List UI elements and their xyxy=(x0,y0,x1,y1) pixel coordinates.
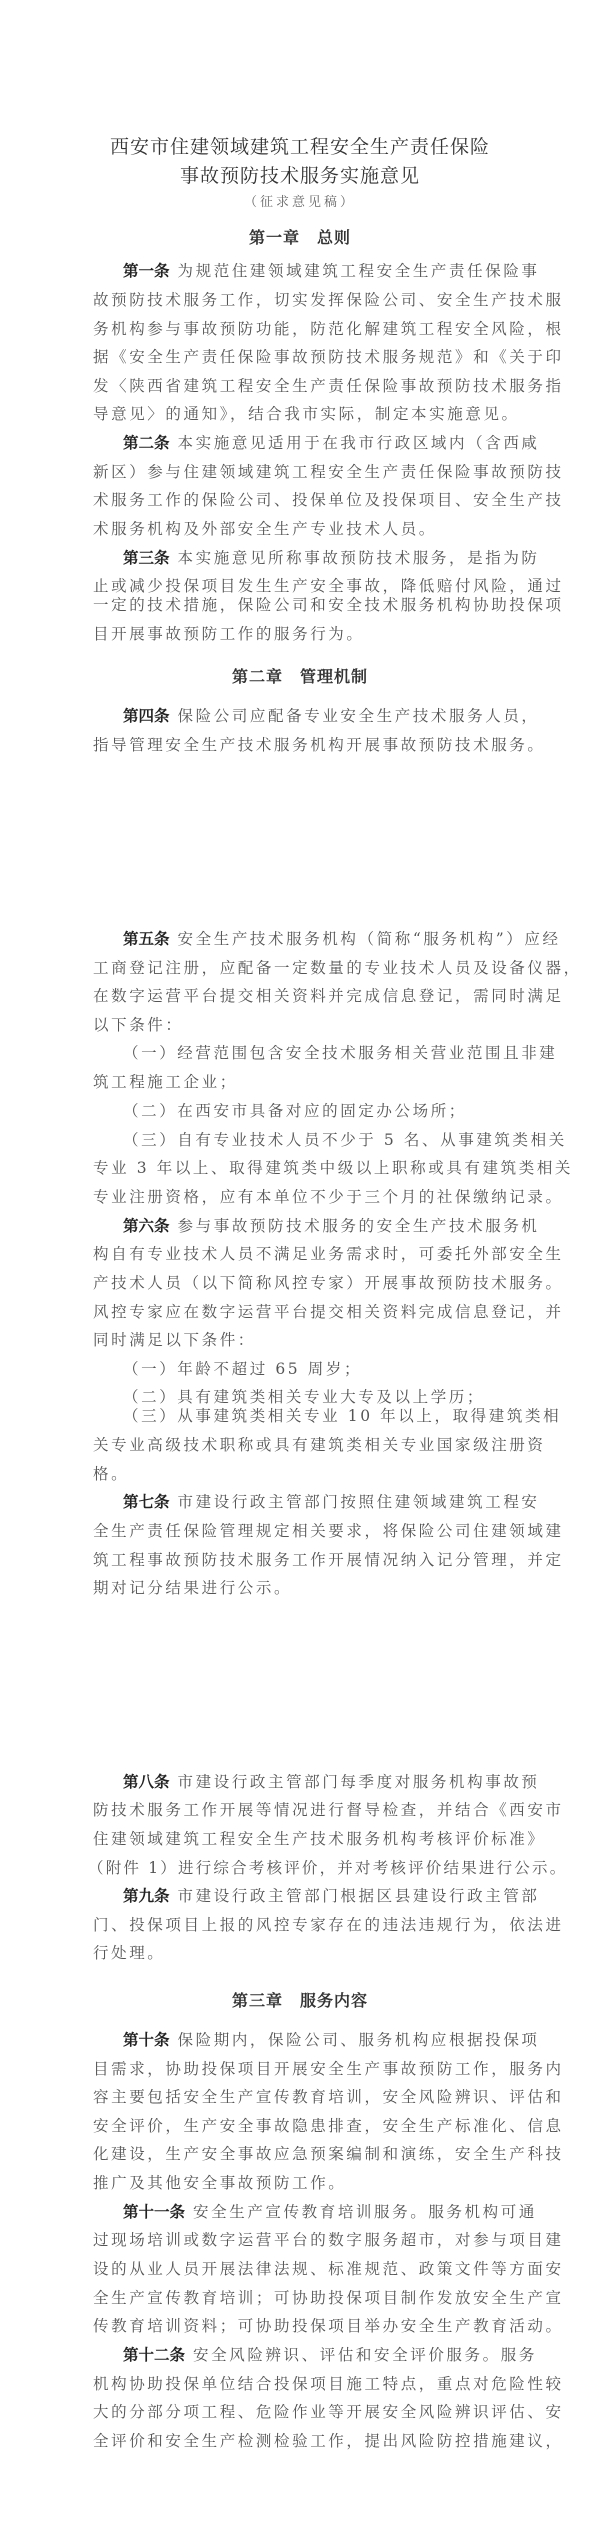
article-10-line: 第十条保险期内，保险公司、服务机构应根据投保项 xyxy=(123,2030,515,2050)
article-4-line: 第四条保险公司应配备专业安全生产技术服务人员， xyxy=(123,706,515,726)
article-12-line: 全评价和安全生产检测检验工作，提出风险防控措施建议， xyxy=(93,2431,515,2451)
article-6-item: 关专业高级技术职称或具有建筑类相关专业国家级注册资 xyxy=(93,1435,515,1455)
article-6-item: 格。 xyxy=(93,1464,515,1484)
article-label: 第四条 xyxy=(123,707,170,725)
article-1-line: 故预防技术服务工作，切实发挥保险公司、安全生产技术服 xyxy=(93,290,515,310)
article-label: 第十二条 xyxy=(123,2346,185,2364)
article-label: 第六条 xyxy=(123,1217,170,1235)
article-8-line: 住建领域建筑工程安全生产技术服务机构考核评价标准》 xyxy=(93,1829,515,1849)
document-title-line2: 事故预防技术服务实施意见 xyxy=(0,161,600,188)
article-1-line: 发〈陕西省建筑工程安全生产责任保险事故预防技术服务指 xyxy=(93,376,515,396)
article-6-line: 第六条参与事故预防技术服务的安全生产技术服务机 xyxy=(123,1216,515,1236)
article-6-line: 同时满足以下条件： xyxy=(93,1330,515,1350)
chapter-3-heading: 第三章 服务内容 xyxy=(0,1988,600,2011)
article-label: 第十一条 xyxy=(123,2203,185,2221)
article-5-line: 在数字运营平台提交相关资料并完成信息登记，需同时满足 xyxy=(93,986,515,1006)
article-label: 第九条 xyxy=(123,1887,170,1905)
article-1-line: 第一条为规范住建领域建筑工程安全生产责任保险事 xyxy=(123,261,515,281)
chapter-1-heading: 第一章 总则 xyxy=(0,225,600,248)
article-7-line: 期对记分结果进行公示。 xyxy=(93,1578,515,1598)
article-6-line: 风控专家应在数字运营平台提交相关资料完成信息登记，并 xyxy=(93,1302,515,1322)
article-2-line: 术服务机构及外部安全生产专业技术人员。 xyxy=(93,519,515,539)
article-5-line: 以下条件： xyxy=(93,1015,515,1035)
article-5-item: （一）经营范围包含安全技术服务相关营业范围且非建 xyxy=(123,1043,515,1063)
article-5-line: 第五条安全生产技术服务机构（简称“服务机构”）应经 xyxy=(123,929,515,949)
article-label: 第五条 xyxy=(123,930,170,948)
article-7-line: 筑工程事故预防技术服务工作开展情况纳入记分管理，并定 xyxy=(93,1550,515,1570)
article-2-line: 术服务工作的保险公司、投保单位及投保项目、安全生产技 xyxy=(93,490,515,510)
article-10-line: 安全评价，生产安全事故隐患排查，安全生产标准化、信息 xyxy=(93,2116,515,2136)
article-1-line: 据《安全生产责任保险事故预防技术服务规范》和《关于印 xyxy=(93,347,515,367)
article-10-line: 化建设，生产安全事故应急预案编制和演练，安全生产科技 xyxy=(93,2144,515,2164)
article-2-line: 新区）参与住建领域建筑工程安全生产责任保险事故预防技 xyxy=(93,462,515,482)
article-label: 第十条 xyxy=(123,2031,170,2049)
article-5-item: 专业 3 年以上、取得建筑类中级以上职称或具有建筑类相关 xyxy=(93,1158,515,1178)
article-10-line: 目需求，协助投保项目开展安全生产事故预防工作，服务内 xyxy=(93,2059,515,2079)
article-8-line: （附件 1）进行综合考核评价，并对考核评价结果进行公示。 xyxy=(88,1858,510,1878)
article-6-line: 构自有专业技术人员不满足业务需求时，可委托外部安全生 xyxy=(93,1244,515,1264)
article-5-item: 专业注册资格，应有本单位不少于三个月的社保缴纳记录。 xyxy=(93,1187,515,1207)
article-label: 第一条 xyxy=(123,262,170,280)
article-4-line: 指导管理安全生产技术服务机构开展事故预防技术服务。 xyxy=(93,735,515,755)
article-8-line: 防技术服务工作开展等情况进行督导检查，并结合《西安市 xyxy=(93,1800,515,1820)
article-5-item: （二）在西安市具备对应的固定办公场所； xyxy=(123,1101,515,1121)
article-9-line: 第九条市建设行政主管部门根据区县建设行政主管部 xyxy=(123,1886,515,1906)
article-6-item: （三）从事建筑类相关专业 10 年以上，取得建筑类相 xyxy=(123,1406,515,1426)
article-9-line: 门、投保项目上报的风控专家存在的违法违规行为，依法进 xyxy=(93,1915,515,1935)
article-10-line: 容主要包括安全生产宣传教育培训，安全风险辨识、评估和 xyxy=(93,2087,515,2107)
article-11-line: 第十一条安全生产宣传教育培训服务。服务机构可通 xyxy=(123,2202,515,2222)
document-title-line1: 西安市住建领域建筑工程安全生产责任保险 xyxy=(0,132,600,159)
article-2-line: 第二条本实施意见适用于在我市行政区域内（含西咸 xyxy=(123,433,515,453)
article-11-line: 设的从业人员开展法律法规、标准规范、政策文件等方面安 xyxy=(93,2259,515,2279)
article-3-line: 第三条本实施意见所称事故预防技术服务，是指为防 xyxy=(123,548,515,568)
article-12-line: 大的分部分项工程、危险作业等开展安全风险辨识评估、安 xyxy=(93,2402,515,2422)
article-12-line: 第十二条安全风险辨识、评估和安全评价服务。服务 xyxy=(123,2345,515,2365)
article-3-line: 目开展事故预防工作的服务行为。 xyxy=(93,624,515,644)
article-label: 第二条 xyxy=(123,434,170,452)
article-9-line: 行处理。 xyxy=(93,1943,515,1963)
chapter-2-heading: 第二章 管理机制 xyxy=(0,664,600,687)
article-label: 第七条 xyxy=(123,1493,170,1511)
article-5-line: 工商登记注册，应配备一定数量的专业技术人员及设备仪器， xyxy=(93,958,515,978)
document-subtitle: （征求意见稿） xyxy=(0,191,600,210)
article-6-item: （一）年龄不超过 65 周岁； xyxy=(123,1359,515,1379)
article-12-line: 机构协助投保单位结合投保项目施工特点，重点对危险性较 xyxy=(93,2374,515,2394)
article-3-line: 止或减少投保项目发生生产安全事故，降低赔付风险，通过 xyxy=(93,576,515,596)
article-11-line: 过现场培训或数字运营平台的数字服务超市，对参与项目建 xyxy=(93,2230,515,2250)
article-6-item: （二）具有建筑类相关专业大专及以上学历； xyxy=(123,1387,515,1407)
article-1-line: 务机构参与事故预防功能，防范化解建筑工程安全风险，根 xyxy=(93,319,515,339)
article-8-line: 第八条市建设行政主管部门每季度对服务机构事故预 xyxy=(123,1772,515,1792)
article-10-line: 推广及其他安全事故预防工作。 xyxy=(93,2173,515,2193)
article-11-line: 传教育培训资料；可协助投保项目举办安全生产教育活动。 xyxy=(93,2316,515,2336)
article-5-item: （三）自有专业技术人员不少于 5 名、从事建筑类相关 xyxy=(123,1130,515,1150)
article-label: 第三条 xyxy=(123,549,170,567)
article-3-line: 一定的技术措施，保险公司和安全技术服务机构协助投保项 xyxy=(93,595,515,615)
article-5-item: 筑工程施工企业； xyxy=(93,1072,515,1092)
article-7-line: 全生产责任保险管理规定相关要求，将保险公司住建领域建 xyxy=(93,1521,515,1541)
article-label: 第八条 xyxy=(123,1773,170,1791)
article-1-line: 导意见〉的通知》，结合我市实际，制定本实施意见。 xyxy=(93,404,515,424)
article-11-line: 全生产宣传教育培训；可协助投保项目制作发放安全生产宣 xyxy=(93,2288,515,2308)
article-6-line: 产技术人员（以下简称风控专家）开展事故预防技术服务。 xyxy=(93,1273,515,1293)
article-7-line: 第七条市建设行政主管部门按照住建领域建筑工程安 xyxy=(123,1492,515,1512)
